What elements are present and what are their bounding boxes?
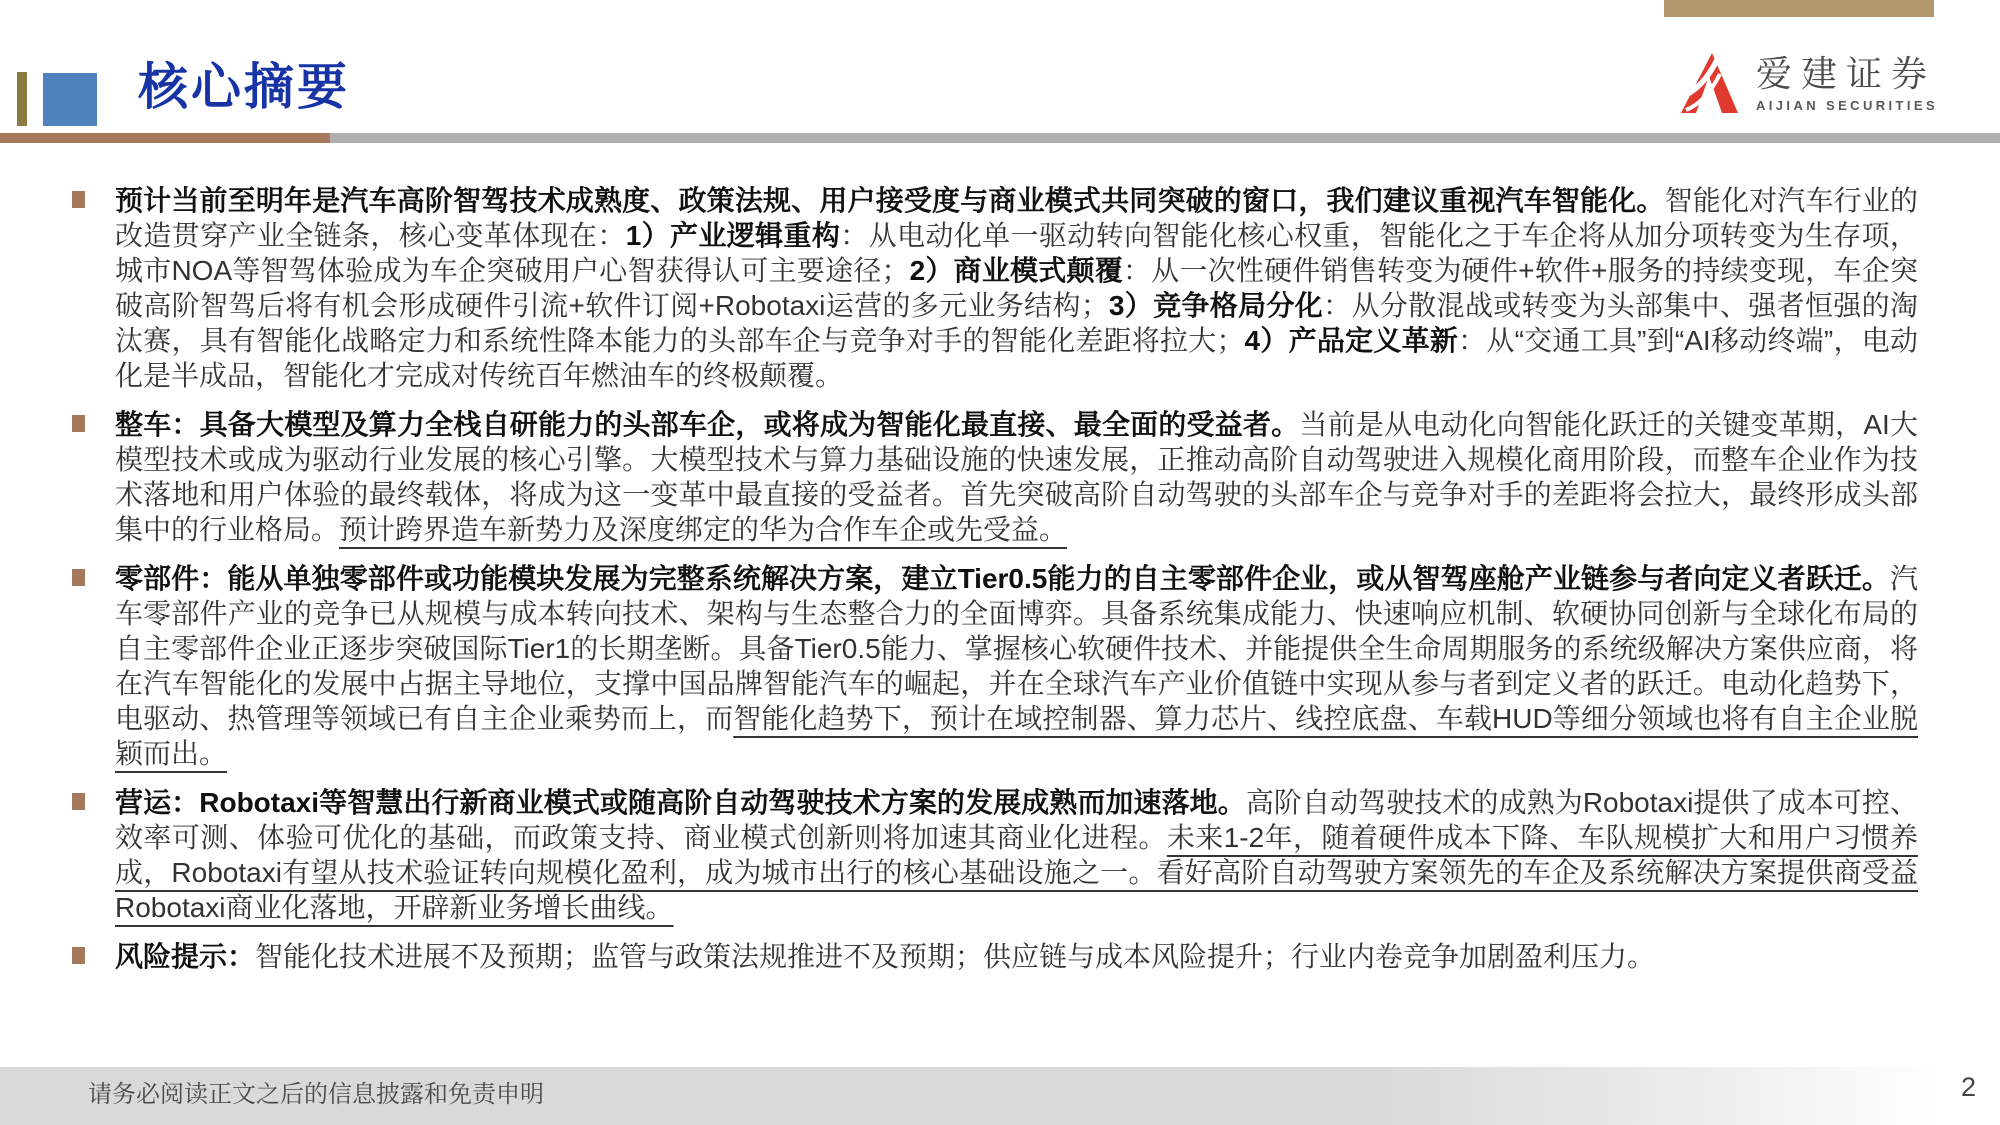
logo-brand-cn: 爱建证券 bbox=[1756, 54, 1938, 94]
page-title: 核心摘要 bbox=[138, 57, 350, 117]
summary-body: 预计当前至明年是汽车高阶智驾技术成熟度、政策法规、用户接受度与商业模式共同突破的… bbox=[72, 183, 1918, 988]
bullet-item-risk: 风险提示：智能化技术进展不及预期；监管与政策法规推进不及预期；供应链与成本风险提… bbox=[72, 939, 1918, 974]
aijian-logo-icon bbox=[1676, 52, 1742, 114]
text-segment: 零部件：能从单独零部件或功能模块发展为完整系统解决方案，建立Tier0.5能力的… bbox=[115, 563, 1890, 594]
text-segment: 4）产品定义革新 bbox=[1245, 325, 1459, 356]
bullet-marker bbox=[72, 191, 85, 208]
text-segment: 1）产业逻辑重构 bbox=[626, 220, 841, 251]
text-segment: 智能化技术进展不及预期；监管与政策法规推进不及预期；供应链与成本风险提升；行业内… bbox=[255, 941, 1655, 972]
bullet-item-oem: 整车：具备大模型及算力全栈自研能力的头部车企，或将成为智能化最直接、最全面的受益… bbox=[72, 407, 1918, 547]
text-segment: 2）商业模式颠覆 bbox=[910, 255, 1123, 286]
text-segment-underlined: 预计跨界造车新势力及深度绑定的华为合作车企或先受益。 bbox=[339, 514, 1067, 545]
footer-disclaimer: 请务必阅读正文之后的信息披露和免责申明 bbox=[88, 1067, 544, 1123]
page-number: 2 bbox=[1961, 1072, 1976, 1103]
text-segment: 营运：Robotaxi等智慧出行新商业模式或随高阶自动驾驶技术方案的发展成熟而加… bbox=[115, 787, 1246, 818]
logo-brand-en: AIJIAN SECURITIES bbox=[1756, 98, 1938, 113]
header-olive-accent-bar bbox=[17, 72, 27, 126]
top-gold-accent-bar bbox=[1664, 0, 1934, 17]
bullet-paragraph: 预计当前至明年是汽车高阶智驾技术成熟度、政策法规、用户接受度与商业模式共同突破的… bbox=[115, 183, 1918, 393]
header-blue-accent-square bbox=[43, 73, 97, 126]
text-segment: 风险提示： bbox=[115, 941, 255, 972]
bullet-item-parts: 零部件：能从单独零部件或功能模块发展为完整系统解决方案，建立Tier0.5能力的… bbox=[72, 561, 1918, 771]
header-divider-brown bbox=[0, 133, 330, 143]
slide-page: 核心摘要 爱建证券 AIJIAN SECURITIES 预计当前至明年是汽车高阶… bbox=[0, 0, 2000, 1125]
bullet-paragraph: 风险提示：智能化技术进展不及预期；监管与政策法规推进不及预期；供应链与成本风险提… bbox=[115, 939, 1918, 974]
bullet-item-outlook: 预计当前至明年是汽车高阶智驾技术成熟度、政策法规、用户接受度与商业模式共同突破的… bbox=[72, 183, 1918, 393]
bullet-paragraph: 零部件：能从单独零部件或功能模块发展为完整系统解决方案，建立Tier0.5能力的… bbox=[115, 561, 1918, 771]
bullet-paragraph: 营运：Robotaxi等智慧出行新商业模式或随高阶自动驾驶技术方案的发展成熟而加… bbox=[115, 785, 1918, 925]
logo-text-block: 爱建证券 AIJIAN SECURITIES bbox=[1756, 54, 1938, 113]
text-segment: 预计当前至明年是汽车高阶智驾技术成熟度、政策法规、用户接受度与商业模式共同突破的… bbox=[115, 185, 1665, 216]
bullet-paragraph: 整车：具备大模型及算力全栈自研能力的头部车企，或将成为智能化最直接、最全面的受益… bbox=[115, 407, 1918, 547]
company-logo: 爱建证券 AIJIAN SECURITIES bbox=[1676, 52, 1938, 114]
footer-bar: 请务必阅读正文之后的信息披露和免责申明 bbox=[0, 1067, 2000, 1125]
bullet-marker bbox=[72, 793, 85, 810]
bullet-item-operation: 营运：Robotaxi等智慧出行新商业模式或随高阶自动驾驶技术方案的发展成熟而加… bbox=[72, 785, 1918, 925]
header-divider-gray bbox=[330, 133, 2000, 143]
bullet-marker bbox=[72, 569, 85, 586]
text-segment: 3）竞争格局分化 bbox=[1109, 290, 1323, 321]
bullet-marker bbox=[72, 947, 85, 964]
text-segment: 整车：具备大模型及算力全栈自研能力的头部车企，或将成为智能化最直接、最全面的受益… bbox=[115, 409, 1299, 440]
bullet-marker bbox=[72, 415, 85, 432]
